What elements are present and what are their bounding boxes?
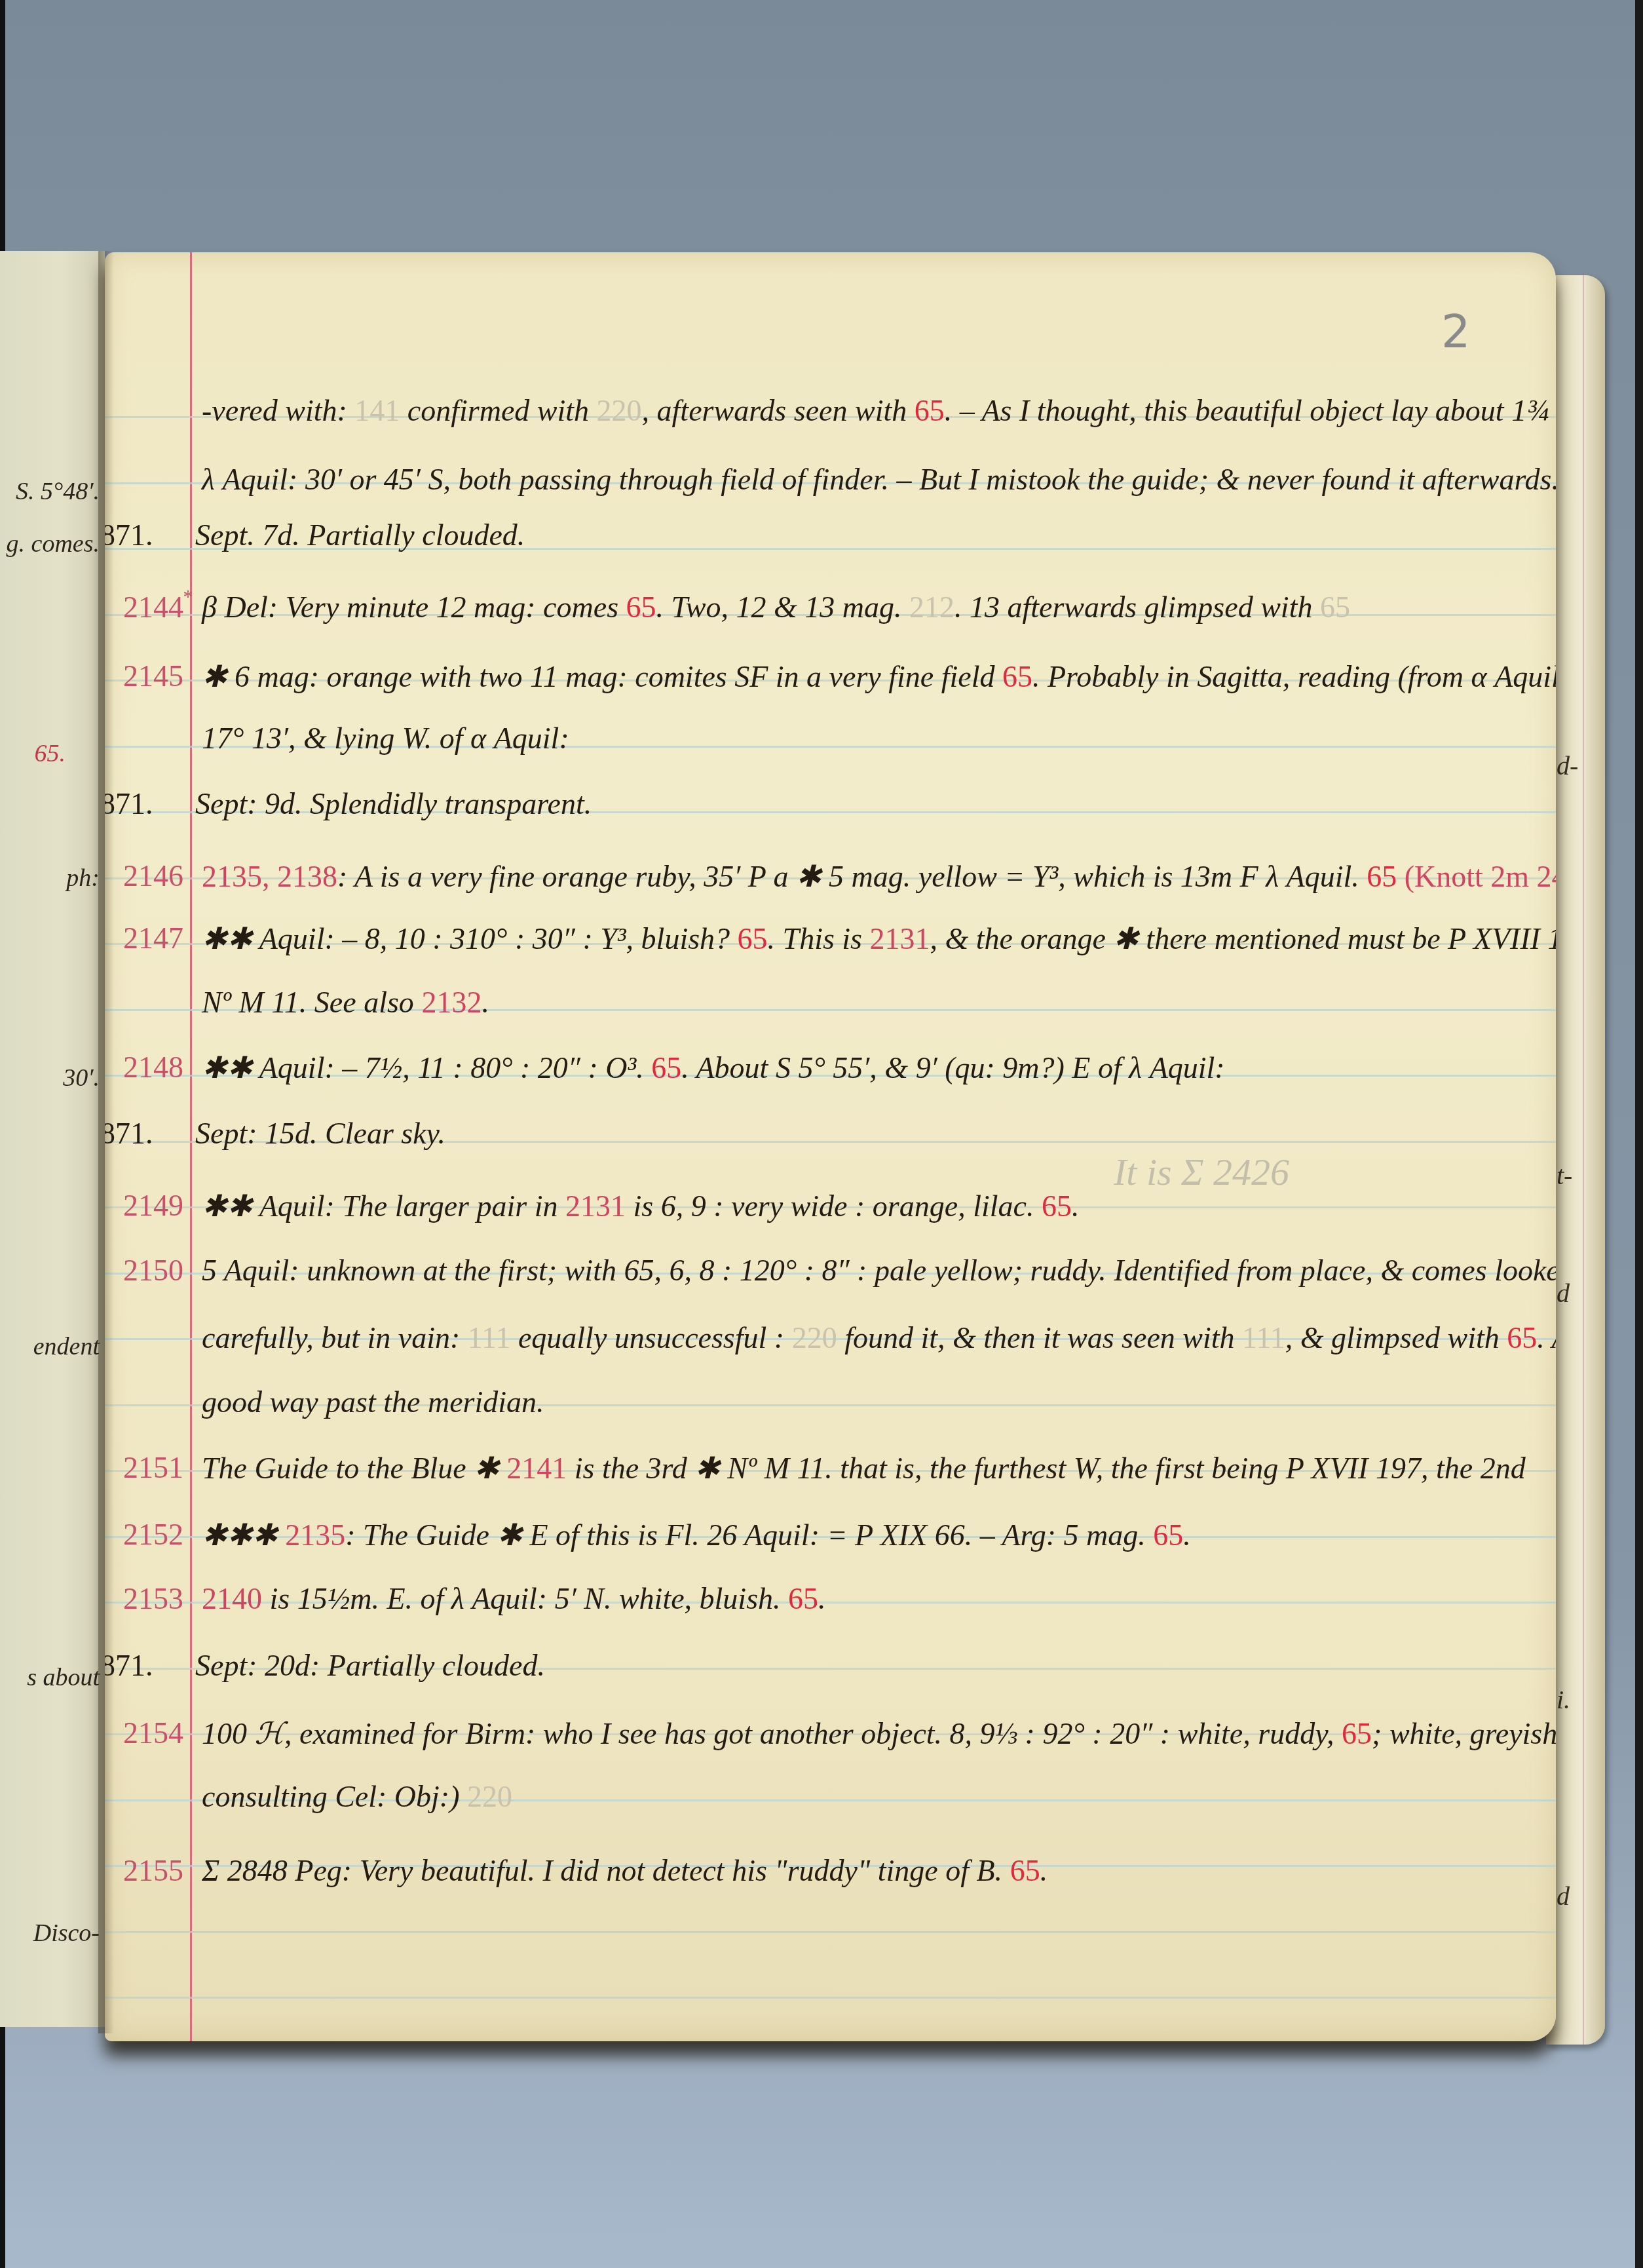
left-page-fragment: Disco- (33, 1919, 100, 1948)
text-run: β Del: Very minute 12 mag: comes (202, 590, 626, 624)
entry-text: The Guide to the Blue ✱ 2141 is the 3rd … (202, 1450, 1526, 1486)
entry-text: 2140 is 15½m. E. of λ Aquil: 5′ N. white… (202, 1581, 826, 1616)
cross-reference: 2132 (421, 986, 482, 1019)
entry-number: 2155 (105, 1853, 183, 1888)
text-run: : A is a very fine orange ruby, 35′ P a … (337, 860, 1367, 893)
aperture-65-mark: 65 (1507, 1321, 1537, 1355)
text-run: . (1040, 1854, 1048, 1887)
entry-number: 2150 (105, 1253, 183, 1288)
faded-aperture-mark: 212 (909, 590, 954, 624)
text-run: Sept: 20d: Partially clouded. (195, 1649, 545, 1682)
entry-text: good way past the meridian. (202, 1385, 544, 1419)
left-page-fragment: s about (27, 1663, 100, 1692)
entry-number: 2147 (105, 921, 183, 955)
aperture-65-mark: 65 (788, 1582, 818, 1615)
edge-fragment: d (1557, 1278, 1570, 1309)
text-run: . 13 afterwards glimpsed with (954, 590, 1320, 624)
entry-text: Sept. 7d. Partially clouded. (195, 518, 525, 552)
entry-text: consulting Cel: Obj:) 220 (202, 1779, 512, 1814)
observation-entry: 2144*β Del: Very minute 12 mag: comes 65… (105, 590, 1556, 655)
entry-text: λ Aquil: 30′ or 45′ S, both passing thro… (202, 462, 1556, 497)
aperture-65-mark: 65 (1342, 1717, 1372, 1750)
edge-fragment: i. (1557, 1684, 1570, 1715)
cross-reference: 2135, 2138 (202, 860, 337, 893)
observation-entry: 2154100 ℋ, examined for Birm: who I see … (105, 1716, 1556, 1781)
faded-aperture-mark: 65 (1320, 590, 1350, 624)
text-run: , & the orange ✱ there mentioned must be… (930, 922, 1556, 955)
entry-text: 100 ℋ, examined for Birm: who I see has … (202, 1716, 1556, 1751)
continuation-line: -vered with: 141 confirmed with 220, aft… (105, 393, 1556, 459)
text-run: . (482, 986, 489, 1019)
edge-fragment: d (1557, 1881, 1570, 1912)
text-run: is 6, 9 : very wide : orange, lilac. (626, 1189, 1042, 1223)
ruled-line (105, 1997, 1556, 1999)
aperture-65-mark: 65 (1010, 1854, 1040, 1887)
asterisk-mark: * (182, 586, 192, 608)
observation-entry: 2147✱✱ Aquil: – 8, 10 : 310° : 30″ : Y³,… (105, 921, 1556, 986)
text-run: is the 3rd ✱ Nº M 11. that is, the furth… (567, 1451, 1525, 1485)
edge-margin-rule (1583, 275, 1584, 2045)
entry-text: ✱✱✱ 2135: The Guide ✱ E of this is Fl. 2… (202, 1517, 1191, 1552)
faded-aperture-mark: 141 (354, 394, 400, 427)
gutter-shadow (98, 251, 114, 2033)
faded-aperture-mark: 111 (1242, 1321, 1285, 1355)
faded-aperture-mark: 220 (597, 394, 642, 427)
left-page-fragment: g. comes. (7, 529, 100, 558)
text-run: Nº M 11. See also (202, 986, 421, 1019)
left-facing-page: S. 5°48′. g. comes. 65. ph: 30′. endent … (0, 251, 105, 2027)
text-run: λ Aquil: 30′ or 45′ S, both passing thro… (202, 463, 1556, 496)
date-entry: 1871.Sept: 20d: Partially clouded. (105, 1648, 1556, 1714)
text-run: consulting Cel: Obj:) (202, 1780, 467, 1813)
entry-text: ✱ 6 mag: orange with two 11 mag: comites… (202, 659, 1556, 694)
text-run: ✱✱ Aquil: – 7½, 11 : 80° : 20″ : O³. (202, 1051, 651, 1085)
text-run: 5 Aquil: unknown at the first; with 65, … (202, 1254, 1556, 1287)
text-run: Sept: 15d. Clear sky. (195, 1117, 445, 1150)
observation-entry: 21505 Aquil: unknown at the first; with … (105, 1253, 1556, 1318)
text-run: Σ 2848 Peg: Very beautiful. I did not de… (202, 1854, 1010, 1887)
text-run: . Two, 12 & 13 mag. (656, 590, 909, 624)
continuation-line: good way past the meridian. (105, 1385, 1556, 1450)
cross-reference: 2135 (285, 1518, 345, 1552)
date-entry: 1871.Sept: 9d. Splendidly transparent. (105, 786, 1556, 852)
entry-number: 2153 (105, 1581, 183, 1616)
entry-text: -vered with: 141 confirmed with 220, aft… (202, 393, 1556, 428)
entry-text: β Del: Very minute 12 mag: comes 65. Two… (202, 590, 1350, 625)
entry-text: Sept: 15d. Clear sky. (195, 1116, 445, 1151)
entry-text: ✱✱ Aquil: – 7½, 11 : 80° : 20″ : O³. 65.… (202, 1050, 1225, 1085)
text-run: confirmed with (400, 394, 596, 427)
cross-reference: 2131 (565, 1189, 626, 1223)
text-run: The Guide to the Blue ✱ (202, 1451, 506, 1485)
observation-entry: 2151The Guide to the Blue ✱ 2141 is the … (105, 1450, 1556, 1516)
faded-aperture-mark: 111 (468, 1321, 511, 1355)
text-run: ✱✱✱ (202, 1518, 285, 1552)
text-run: ✱✱ Aquil: The larger pair in (202, 1189, 565, 1223)
observation-entry: 2148✱✱ Aquil: – 7½, 11 : 80° : 20″ : O³.… (105, 1050, 1556, 1115)
entry-text: carefully, but in vain: 111 equally unsu… (202, 1320, 1556, 1355)
aperture-65-mark: 65 (1042, 1189, 1072, 1223)
entry-number: 2154 (105, 1716, 183, 1750)
entry-number: 2145 (105, 659, 183, 693)
observation-entry: 2152✱✱✱ 2135: The Guide ✱ E of this is F… (105, 1517, 1556, 1583)
text-run: . (818, 1582, 826, 1615)
faded-aperture-mark: 220 (467, 1780, 512, 1813)
text-run: Sept: 9d. Splendidly transparent. (195, 787, 592, 820)
text-run: is 15½m. E. of λ Aquil: 5′ N. white, blu… (262, 1582, 788, 1615)
faded-aperture-mark: 220 (792, 1321, 837, 1355)
aperture-65-mark: 65 (1153, 1518, 1183, 1552)
text-run: Sept. 7d. Partially clouded. (195, 518, 525, 552)
left-page-fragment: ph: (66, 864, 100, 893)
entry-text: Σ 2848 Peg: Very beautiful. I did not de… (202, 1853, 1048, 1888)
text-run: , afterwards seen with (642, 394, 915, 427)
text-run: ✱ 6 mag: orange with two 11 mag: comites… (202, 660, 1002, 693)
cross-reference: 2140 (202, 1582, 262, 1615)
entry-text: ✱✱ Aquil: The larger pair in 2131 is 6, … (202, 1188, 1079, 1223)
continuation-line: consulting Cel: Obj:) 220 (105, 1779, 1556, 1845)
text-run: . A (1537, 1321, 1556, 1355)
page-number: 2 (1441, 305, 1471, 358)
left-page-fragment: 65. (35, 739, 66, 768)
left-page-fragment: 30′. (63, 1064, 100, 1092)
continuation-line: carefully, but in vain: 111 equally unsu… (105, 1320, 1556, 1386)
entry-number: 2148 (105, 1050, 183, 1085)
continuation-line: 17° 13′, & lying W. of α Aquil: (105, 721, 1556, 786)
text-run: . About S 5° 55′, & 9′ (qu: 9m?) E of λ … (681, 1051, 1224, 1085)
text-run: -vered with: (202, 394, 354, 427)
entry-number: 2144 (105, 590, 183, 625)
text-run: . (1183, 1518, 1191, 1552)
text-run: ; white, greyish (after (1372, 1717, 1556, 1750)
text-run: equally unsuccessful : (510, 1321, 791, 1355)
entry-text: Sept: 20d: Partially clouded. (195, 1648, 545, 1683)
text-run: good way past the meridian. (202, 1385, 544, 1419)
text-run: . This is (768, 922, 870, 955)
date-entry: 1871.Sept. 7d. Partially clouded. (105, 518, 1556, 583)
entry-text: Sept: 9d. Splendidly transparent. (195, 786, 592, 821)
observation-entry: 2155Σ 2848 Peg: Very beautiful. I did no… (105, 1853, 1556, 1919)
text-run: . (1072, 1189, 1080, 1223)
text-run: 100 ℋ, examined for Birm: who I see has … (202, 1717, 1342, 1750)
text-run: : The Guide ✱ E of this is Fl. 26 Aquil:… (345, 1518, 1153, 1552)
text-run: found it, & then it was seen with (837, 1321, 1242, 1355)
entry-text: Nº M 11. See also 2132. (202, 985, 489, 1020)
ruled-line (105, 1931, 1556, 1933)
text-run: . Probably in Sagitta, reading (from α A… (1032, 660, 1556, 693)
observation-entry: 21462135, 2138: A is a very fine orange … (105, 858, 1556, 924)
text-run: carefully, but in vain: (202, 1321, 468, 1355)
aperture-65-mark: 65 (651, 1051, 681, 1085)
text-run: ✱✱ Aquil: – 8, 10 : 310° : 30″ : Y³, blu… (202, 922, 738, 955)
entry-text: 2135, 2138: A is a very fine orange ruby… (202, 858, 1556, 894)
left-page-fragment: S. 5°48′. (16, 477, 100, 506)
cross-reference: 2131 (870, 922, 930, 955)
edge-fragment: d- (1557, 750, 1578, 781)
notebook-page: 2 It is Σ 2426 -vered with: 141 confirme… (105, 252, 1556, 2041)
observation-entry: 2149✱✱ Aquil: The larger pair in 2131 is… (105, 1188, 1556, 1254)
text-run: , & glimpsed with (1285, 1321, 1507, 1355)
aperture-65-mark: 65 (1367, 860, 1397, 893)
cross-reference: 2141 (506, 1451, 567, 1485)
text-run: . – As I thought, this beautiful object … (945, 394, 1556, 427)
cross-reference: (Knott 2m 24·75s) (1397, 860, 1556, 893)
entry-number: 2149 (105, 1188, 183, 1223)
aperture-65-mark: 65 (1002, 660, 1032, 693)
edge-fragment: t- (1557, 1160, 1572, 1191)
aperture-65-mark: 65 (738, 922, 768, 955)
entry-number: 2152 (105, 1517, 183, 1552)
entry-text: 17° 13′, & lying W. of α Aquil: (202, 721, 569, 756)
continuation-line: Nº M 11. See also 2132. (105, 985, 1556, 1050)
aperture-65-mark: 65 (915, 394, 945, 427)
observation-entry: 2145✱ 6 mag: orange with two 11 mag: com… (105, 659, 1556, 724)
aperture-65-mark: 65 (626, 590, 656, 624)
entry-text: ✱✱ Aquil: – 8, 10 : 310° : 30″ : Y³, blu… (202, 921, 1556, 956)
entry-text: 5 Aquil: unknown at the first; with 65, … (202, 1253, 1556, 1288)
entry-number: 2146 (105, 858, 183, 893)
scan-edge-right (1635, 0, 1643, 2268)
observation-entry: 21532140 is 15½m. E. of λ Aquil: 5′ N. w… (105, 1581, 1556, 1647)
entry-number: 2151 (105, 1450, 183, 1485)
text-run: 17° 13′, & lying W. of α Aquil: (202, 721, 569, 755)
left-page-fragment: endent (33, 1332, 100, 1361)
date-entry: 1871.Sept: 15d. Clear sky. (105, 1116, 1556, 1182)
